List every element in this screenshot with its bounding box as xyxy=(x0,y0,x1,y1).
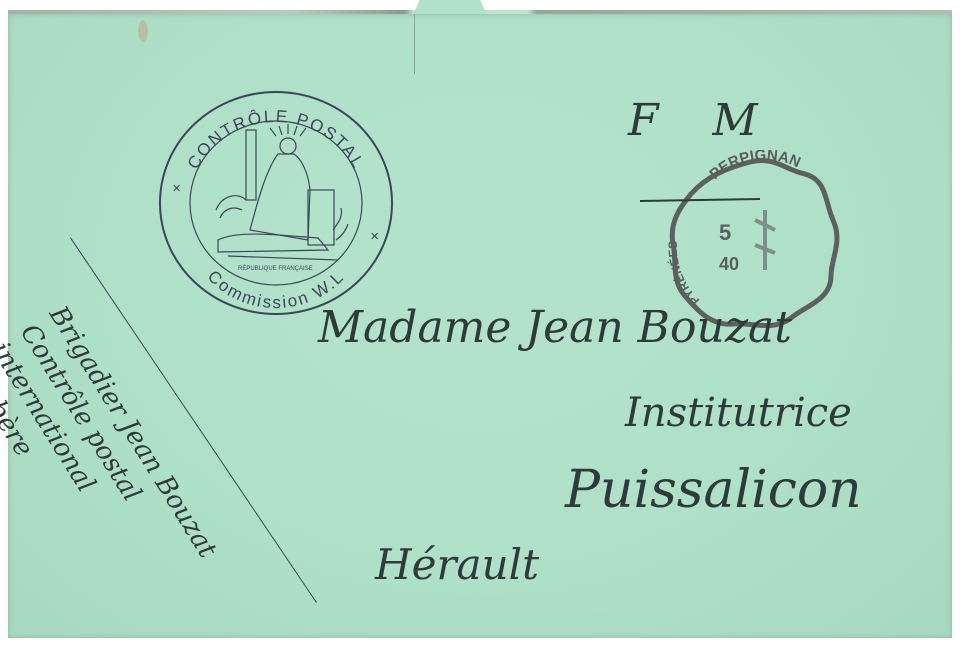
postmark-region: PYRÉNÉES xyxy=(666,241,703,308)
svg-text:PYRÉNÉES: PYRÉNÉES xyxy=(666,241,703,308)
censor-ornament-left: ✕ xyxy=(172,183,183,195)
postmark-year: 40 xyxy=(719,254,739,274)
postmark-day: 5 xyxy=(719,220,731,245)
stain xyxy=(138,20,148,42)
franchise-militaire-mark: F M xyxy=(628,95,778,146)
recipient-department: Hérault xyxy=(375,540,539,589)
postmark-city: PERPIGNAN xyxy=(706,150,803,183)
recipient-title: Institutrice xyxy=(625,390,852,436)
censor-top-text: CONTRÔLE POSTAL xyxy=(184,107,369,173)
envelope-crease xyxy=(414,14,415,74)
censor-inner-text: RÉPUBLIQUE FRANÇAISE xyxy=(238,265,313,272)
svg-text:PERPIGNAN: PERPIGNAN xyxy=(706,150,803,183)
censor-stamp: CONTRÔLE POSTAL Commission W.L ✕ ✕ RÉPUB… xyxy=(158,90,394,316)
recipient-name: Madame Jean Bouzat xyxy=(318,302,792,353)
censor-ornament-right: ✕ xyxy=(370,231,381,243)
recipient-town: Puissalicon xyxy=(565,460,862,520)
